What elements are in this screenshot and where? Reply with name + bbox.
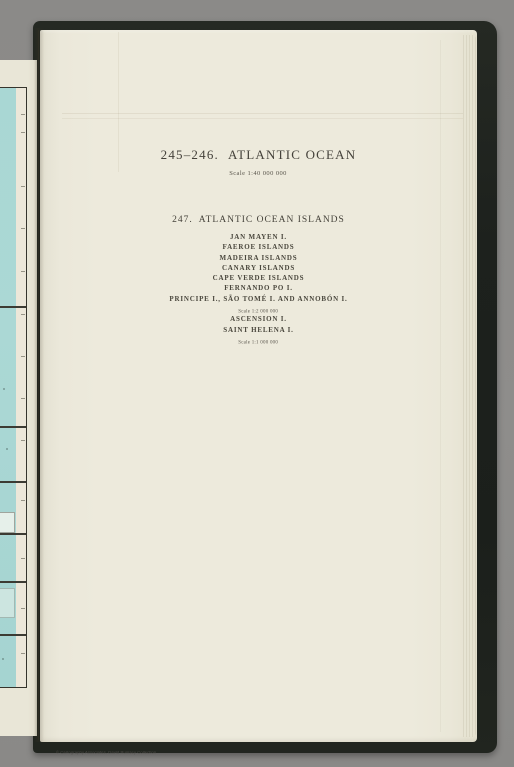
show-through-line <box>62 118 463 119</box>
latitude-tick <box>21 653 25 654</box>
plate-number: 245–246. <box>161 147 219 162</box>
atlas-text-page <box>40 30 477 742</box>
latitude-tick <box>21 500 25 501</box>
latitude-tick <box>21 114 25 115</box>
map-graticule-margin <box>18 88 26 687</box>
island-item: MADEIRA ISLANDS <box>40 253 477 263</box>
latitude-tick <box>21 356 25 357</box>
latitude-tick <box>21 608 25 609</box>
island-item: FAEROE ISLANDS <box>40 242 477 252</box>
islands-plate-name: ATLANTIC OCEAN ISLANDS <box>199 215 345 225</box>
scale-note: Scale 1:2 000 000 <box>40 304 477 314</box>
islands-list: JAN MAYEN I. FAEROE ISLANDS MADEIRA ISLA… <box>40 232 477 345</box>
page-stack-edge <box>461 35 476 737</box>
map-island-mark <box>6 448 8 450</box>
island-item: CANARY ISLANDS <box>40 263 477 273</box>
map-inset-box <box>0 512 15 533</box>
latitude-tick <box>21 314 25 315</box>
latitude-tick <box>21 271 25 272</box>
scale-note: Scale 1:1 000 000 <box>40 335 477 345</box>
show-through-line <box>440 40 441 732</box>
island-item: FERNANDO PO I. <box>40 283 477 293</box>
facing-map-page <box>0 60 37 736</box>
page-gutter-shadow <box>34 28 44 742</box>
island-item: JAN MAYEN I. <box>40 232 477 242</box>
island-item: PRINCIPE I., SÃO TOMÉ I. AND ANNOBÓN I. <box>40 294 477 304</box>
page-title: 245–246.ATLANTIC OCEAN <box>40 147 477 162</box>
island-item: ASCENSION I. <box>40 314 477 324</box>
latitude-tick <box>21 132 25 133</box>
latitude-tick <box>21 228 25 229</box>
latitude-tick <box>21 398 25 399</box>
page-gutter-line <box>38 30 39 740</box>
map-frame <box>0 87 27 688</box>
latitude-tick <box>21 558 25 559</box>
islands-section-heading: 247.ATLANTIC OCEAN ISLANDS <box>40 215 477 226</box>
map-inset-box <box>0 588 15 618</box>
latitude-tick <box>21 186 25 187</box>
island-item: CAPE VERDE ISLANDS <box>40 273 477 283</box>
watermark-text: © Cartography Associates, David Rumsey C… <box>56 748 229 757</box>
plate-scale-note: Scale 1:40 000 000 <box>40 168 477 179</box>
map-island-mark <box>2 658 4 660</box>
island-item: SAINT HELENA I. <box>40 325 477 335</box>
plate-name: ATLANTIC OCEAN <box>228 147 356 162</box>
latitude-tick <box>21 440 25 441</box>
show-through-line <box>62 113 463 114</box>
islands-plate-number: 247. <box>172 215 193 225</box>
map-island-mark <box>3 388 5 390</box>
